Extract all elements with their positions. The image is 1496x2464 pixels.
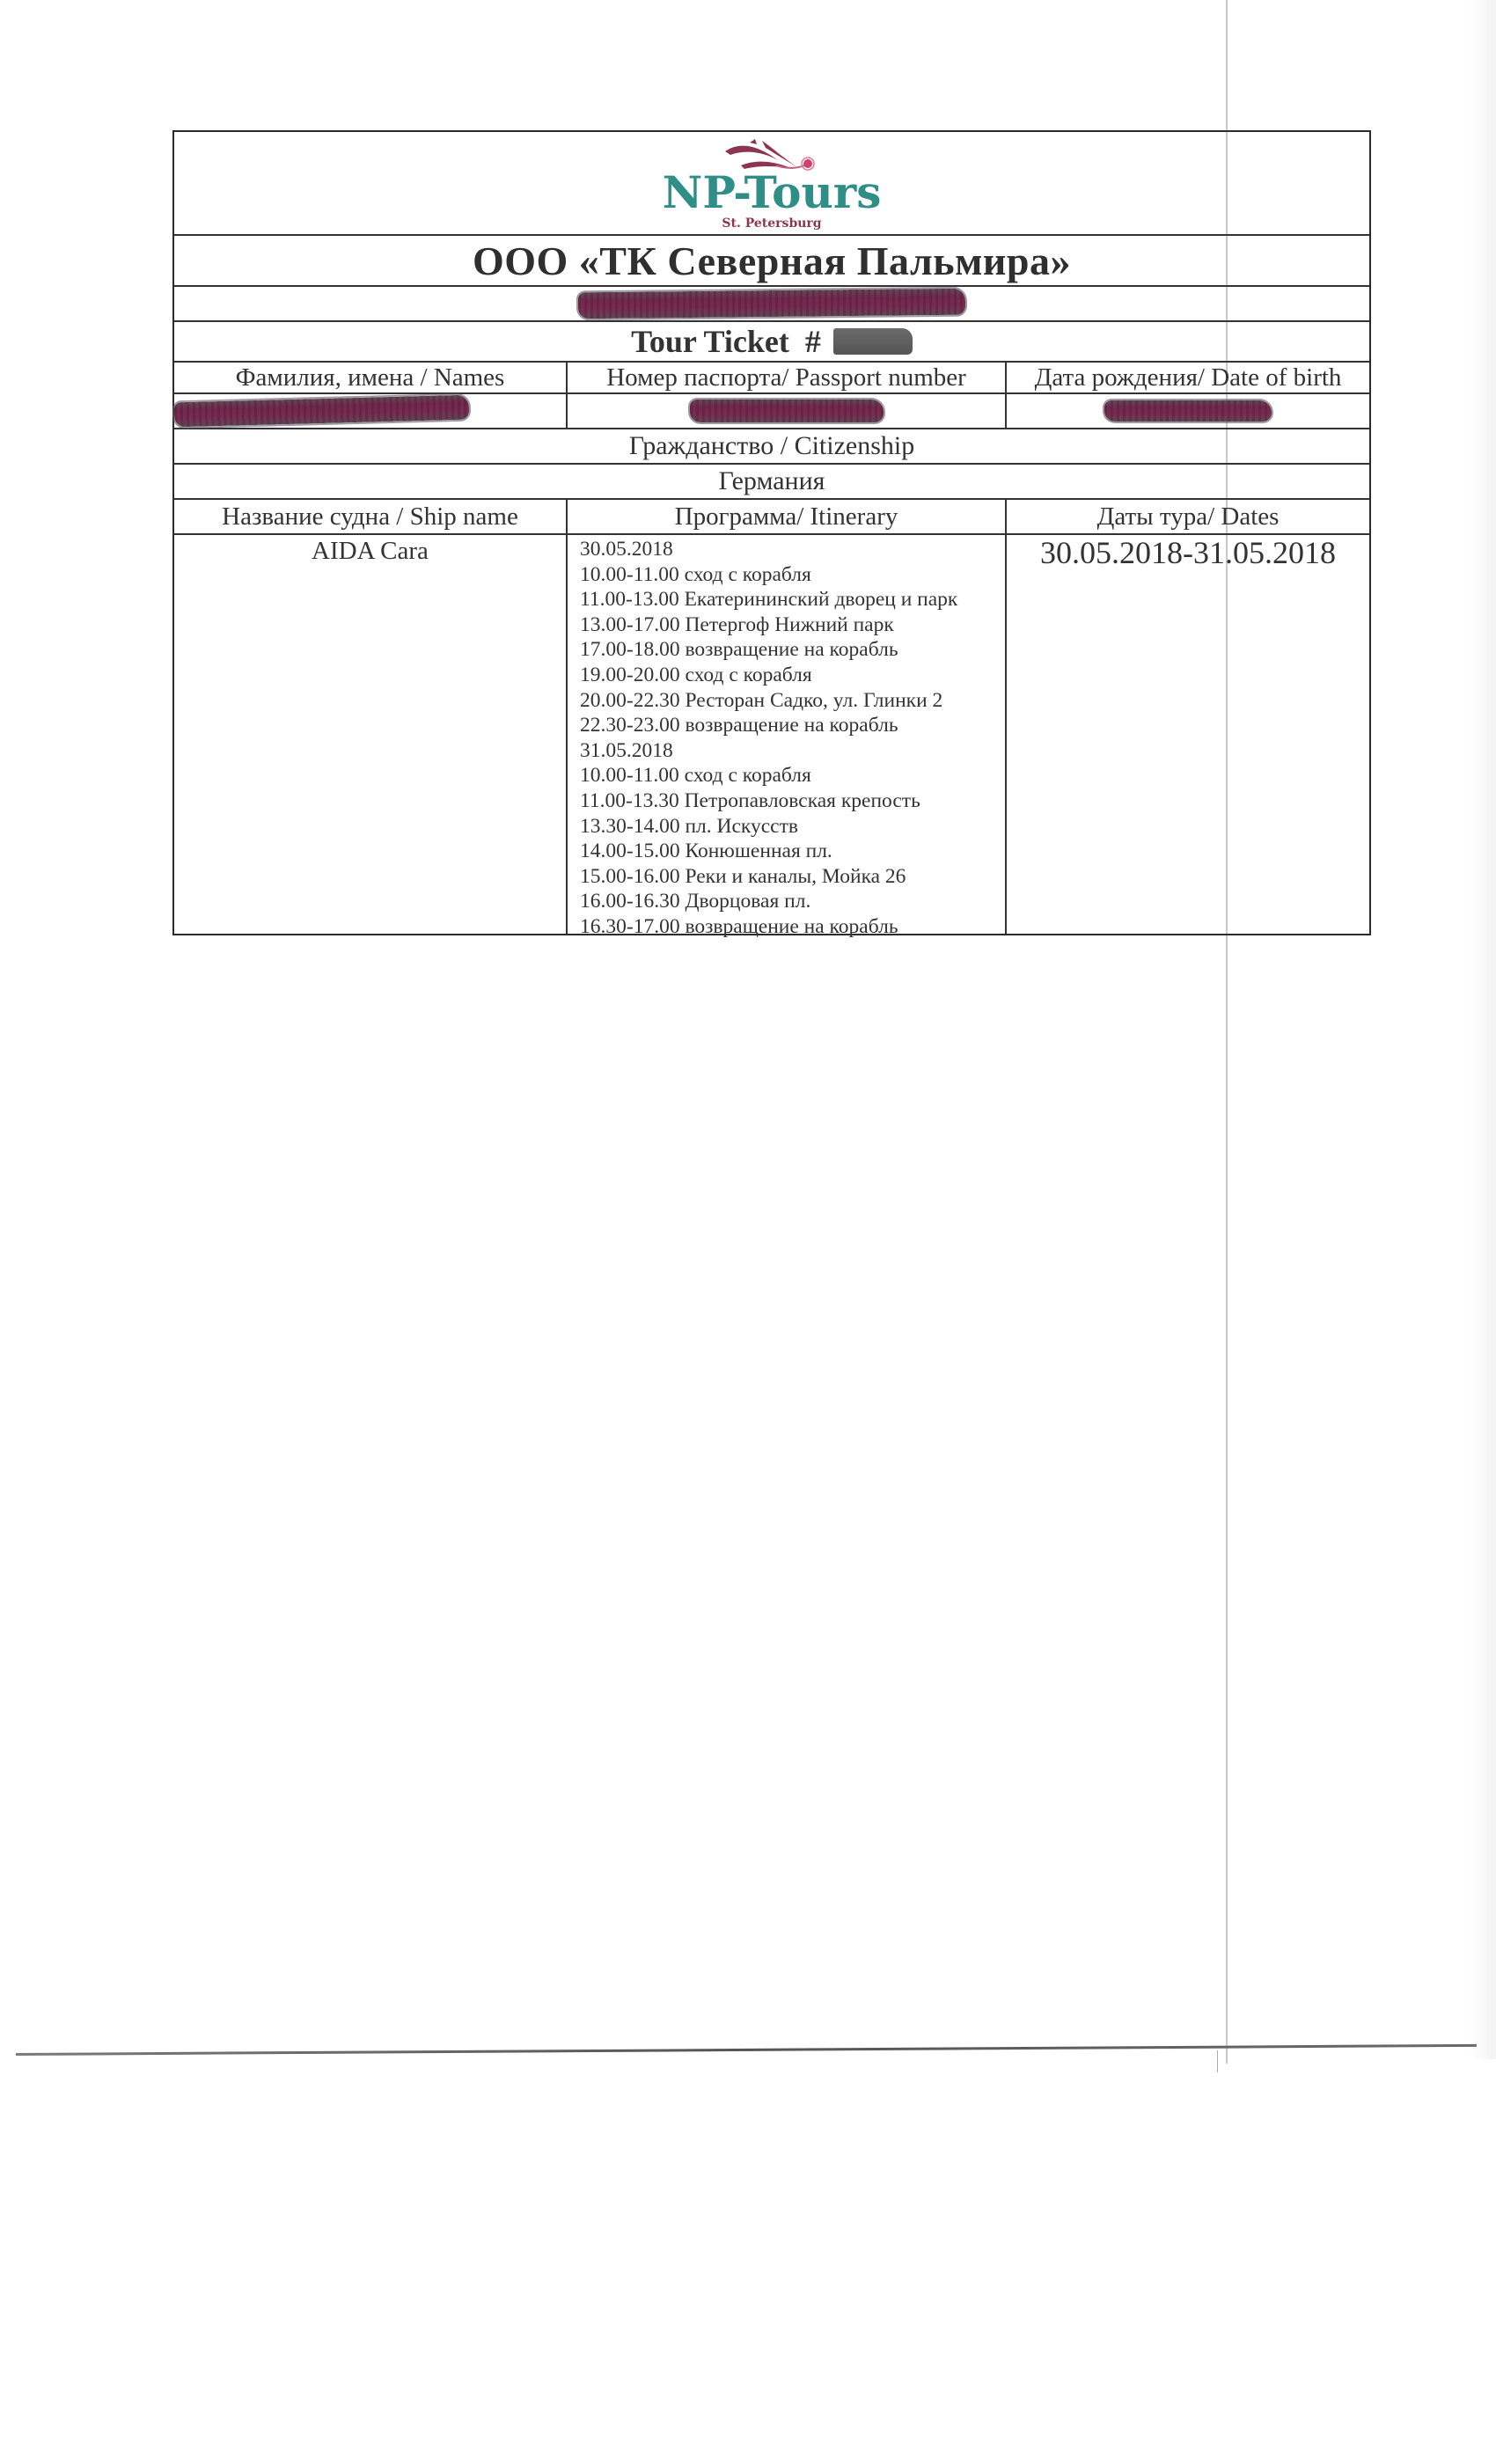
ship-name-cell: AIDA Cara (174, 535, 568, 934)
itinerary-item: 30.05.2018 (580, 537, 1005, 562)
header-itinerary: Программа/ Itinerary (568, 500, 1007, 533)
itinerary-item: 17.00-18.00 возвращение на корабль (580, 637, 1005, 663)
itinerary-item: 13.30-14.00 пл. Искусств (580, 814, 1005, 840)
header-dob: Дата рождения/ Date of birth (1007, 363, 1369, 392)
itinerary-item: 11.00-13.00 Екатерининский дворец и парк (580, 587, 1005, 612)
scan-artifact-tick (1217, 2050, 1218, 2072)
logo-wordmark: NP-Tours (653, 171, 891, 215)
itinerary-cell: 30.05.201810.00-11.00 сход с корабля11.0… (568, 535, 1007, 934)
company-address-row (174, 287, 1369, 322)
redacted-date-of-birth (1104, 400, 1272, 422)
logo-row: NP-Tours St. Petersburg (174, 132, 1369, 236)
itinerary-item: 20.00-22.30 Ресторан Садко, ул. Глинки 2 (580, 688, 1005, 714)
itinerary-item: 31.05.2018 (580, 738, 1005, 764)
redacted-company-address (578, 289, 965, 319)
tour-dates: 30.05.2018-31.05.2018 (1040, 535, 1336, 570)
itinerary-item: 15.00-16.00 Реки и каналы, Мойка 26 (580, 864, 1005, 890)
scan-artifact-edge-shade (1470, 0, 1496, 2059)
redacted-passport-number (690, 400, 884, 422)
np-tours-logo: NP-Tours St. Petersburg (653, 137, 891, 232)
value-names (174, 394, 568, 428)
citizenship-value-row: Германия (174, 465, 1369, 500)
header-names: Фамилия, имена / Names (174, 363, 568, 392)
scan-artifact-page-edge (16, 2044, 1477, 2056)
itinerary-item: 14.00-15.00 Конюшенная пл. (580, 839, 1005, 864)
passenger-values-row (174, 394, 1369, 429)
itinerary-item: 10.00-11.00 сход с корабля (580, 562, 1005, 588)
itinerary-item: 11.00-13.30 Петропавловская крепость (580, 788, 1005, 814)
ticket-title: Tour Ticket # (631, 323, 913, 360)
tour-body-row: AIDA Cara 30.05.201810.00-11.00 сход с к… (174, 535, 1369, 934)
itinerary-item: 22.30-23.00 возвращение на корабль (580, 713, 1005, 738)
value-dob (1007, 394, 1369, 428)
dates-cell: 30.05.2018-31.05.2018 (1007, 535, 1369, 934)
ticket-label: Tour Ticket # (631, 323, 821, 360)
value-passport (568, 394, 1007, 428)
itinerary-item: 10.00-11.00 сход с корабля (580, 763, 1005, 788)
logo-city: St. Petersburg (653, 216, 891, 231)
tour-header-row: Название судна / Ship name Программа/ It… (174, 500, 1369, 535)
ticket-number-row: Tour Ticket # (174, 322, 1369, 363)
redacted-ticket-number (833, 328, 913, 355)
header-dates: Даты тура/ Dates (1007, 500, 1369, 533)
itinerary-item: 13.00-17.00 Петергоф Нижний парк (580, 612, 1005, 638)
itinerary-item: 16.00-16.30 Дворцовая пл. (580, 889, 1005, 914)
citizenship-value: Германия (719, 466, 825, 496)
itinerary-item: 16.30-17.00 возвращение на корабль (580, 914, 1005, 940)
citizenship-label-row: Гражданство / Citizenship (174, 429, 1369, 465)
company-name: ООО «ТК Северная Пальмира» (473, 238, 1071, 284)
citizenship-label: Гражданство / Citizenship (629, 431, 915, 461)
passenger-header-row: Фамилия, имена / Names Номер паспорта/ P… (174, 363, 1369, 394)
tour-ticket-table: NP-Tours St. Petersburg ООО «ТК Северная… (172, 130, 1371, 935)
header-passport: Номер паспорта/ Passport number (568, 363, 1007, 392)
company-row: ООО «ТК Северная Пальмира» (174, 236, 1369, 287)
itinerary-item: 19.00-20.00 сход с корабля (580, 663, 1005, 688)
ship-name: AIDA Cara (312, 537, 429, 566)
redacted-names (174, 395, 470, 428)
header-ship-name: Название судна / Ship name (174, 500, 568, 533)
